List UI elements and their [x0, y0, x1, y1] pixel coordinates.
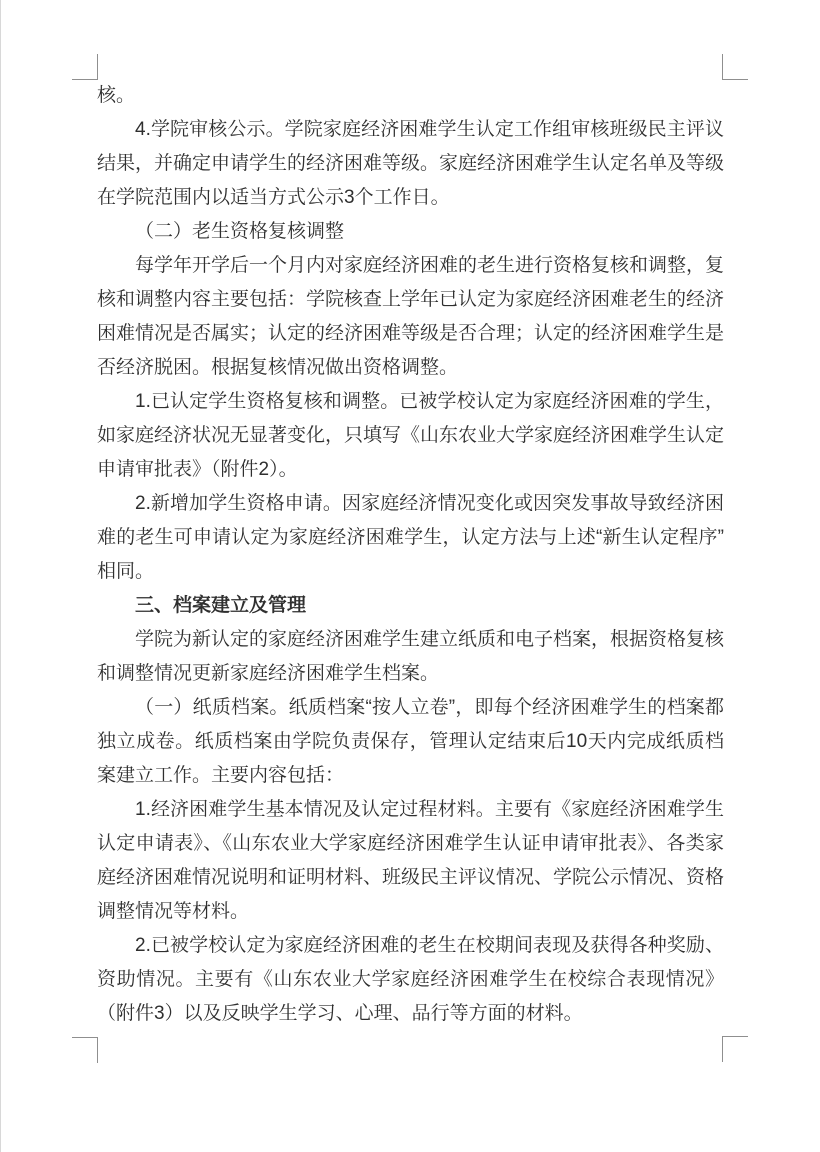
crop-mark-top-right [722, 54, 748, 80]
section-heading: 三、档案建立及管理 [97, 589, 724, 623]
paragraph: 学院为新认定的家庭经济困难学生建立纸质和电子档案，根据资格复核和调整情况更新家庭… [97, 623, 724, 691]
crop-mark-bottom-right [722, 1036, 748, 1062]
paragraph: 2.已被学校认定为家庭经济困难的老生在校期间表现及获得各种奖励、资助情况。主要有… [97, 929, 724, 1031]
paragraph: 2.新增加学生资格申请。因家庭经济情况变化或因突发事故导致经济困难的老生可申请认… [97, 487, 724, 589]
document-page: 核。4.学院审核公示。学院家庭经济困难学生认定工作组审核班级民主评议结果，并确定… [0, 0, 820, 1152]
paragraph: （一）纸质档案。纸质档案“按人立卷”，即每个经济困难学生的档案都独立成卷。纸质档… [97, 691, 724, 793]
crop-mark-bottom-left [72, 1037, 98, 1063]
crop-mark-top-left [72, 54, 98, 80]
paragraph: 4.学院审核公示。学院家庭经济困难学生认定工作组审核班级民主评议结果，并确定申请… [97, 113, 724, 215]
paragraph: 每学年开学后一个月内对家庭经济困难的老生进行资格复核和调整，复核和调整内容主要包… [97, 249, 724, 385]
paragraph: 1.经济困难学生基本情况及认定过程材料。主要有《家庭经济困难学生认定申请表》、《… [97, 793, 724, 929]
document-text-area: 核。4.学院审核公示。学院家庭经济困难学生认定工作组审核班级民主评议结果，并确定… [97, 79, 724, 1031]
paragraph: （二）老生资格复核调整 [97, 215, 724, 249]
paragraph: 核。 [97, 79, 724, 113]
paragraph: 1.已认定学生资格复核和调整。已被学校认定为家庭经济困难的学生，如家庭经济状况无… [97, 385, 724, 487]
